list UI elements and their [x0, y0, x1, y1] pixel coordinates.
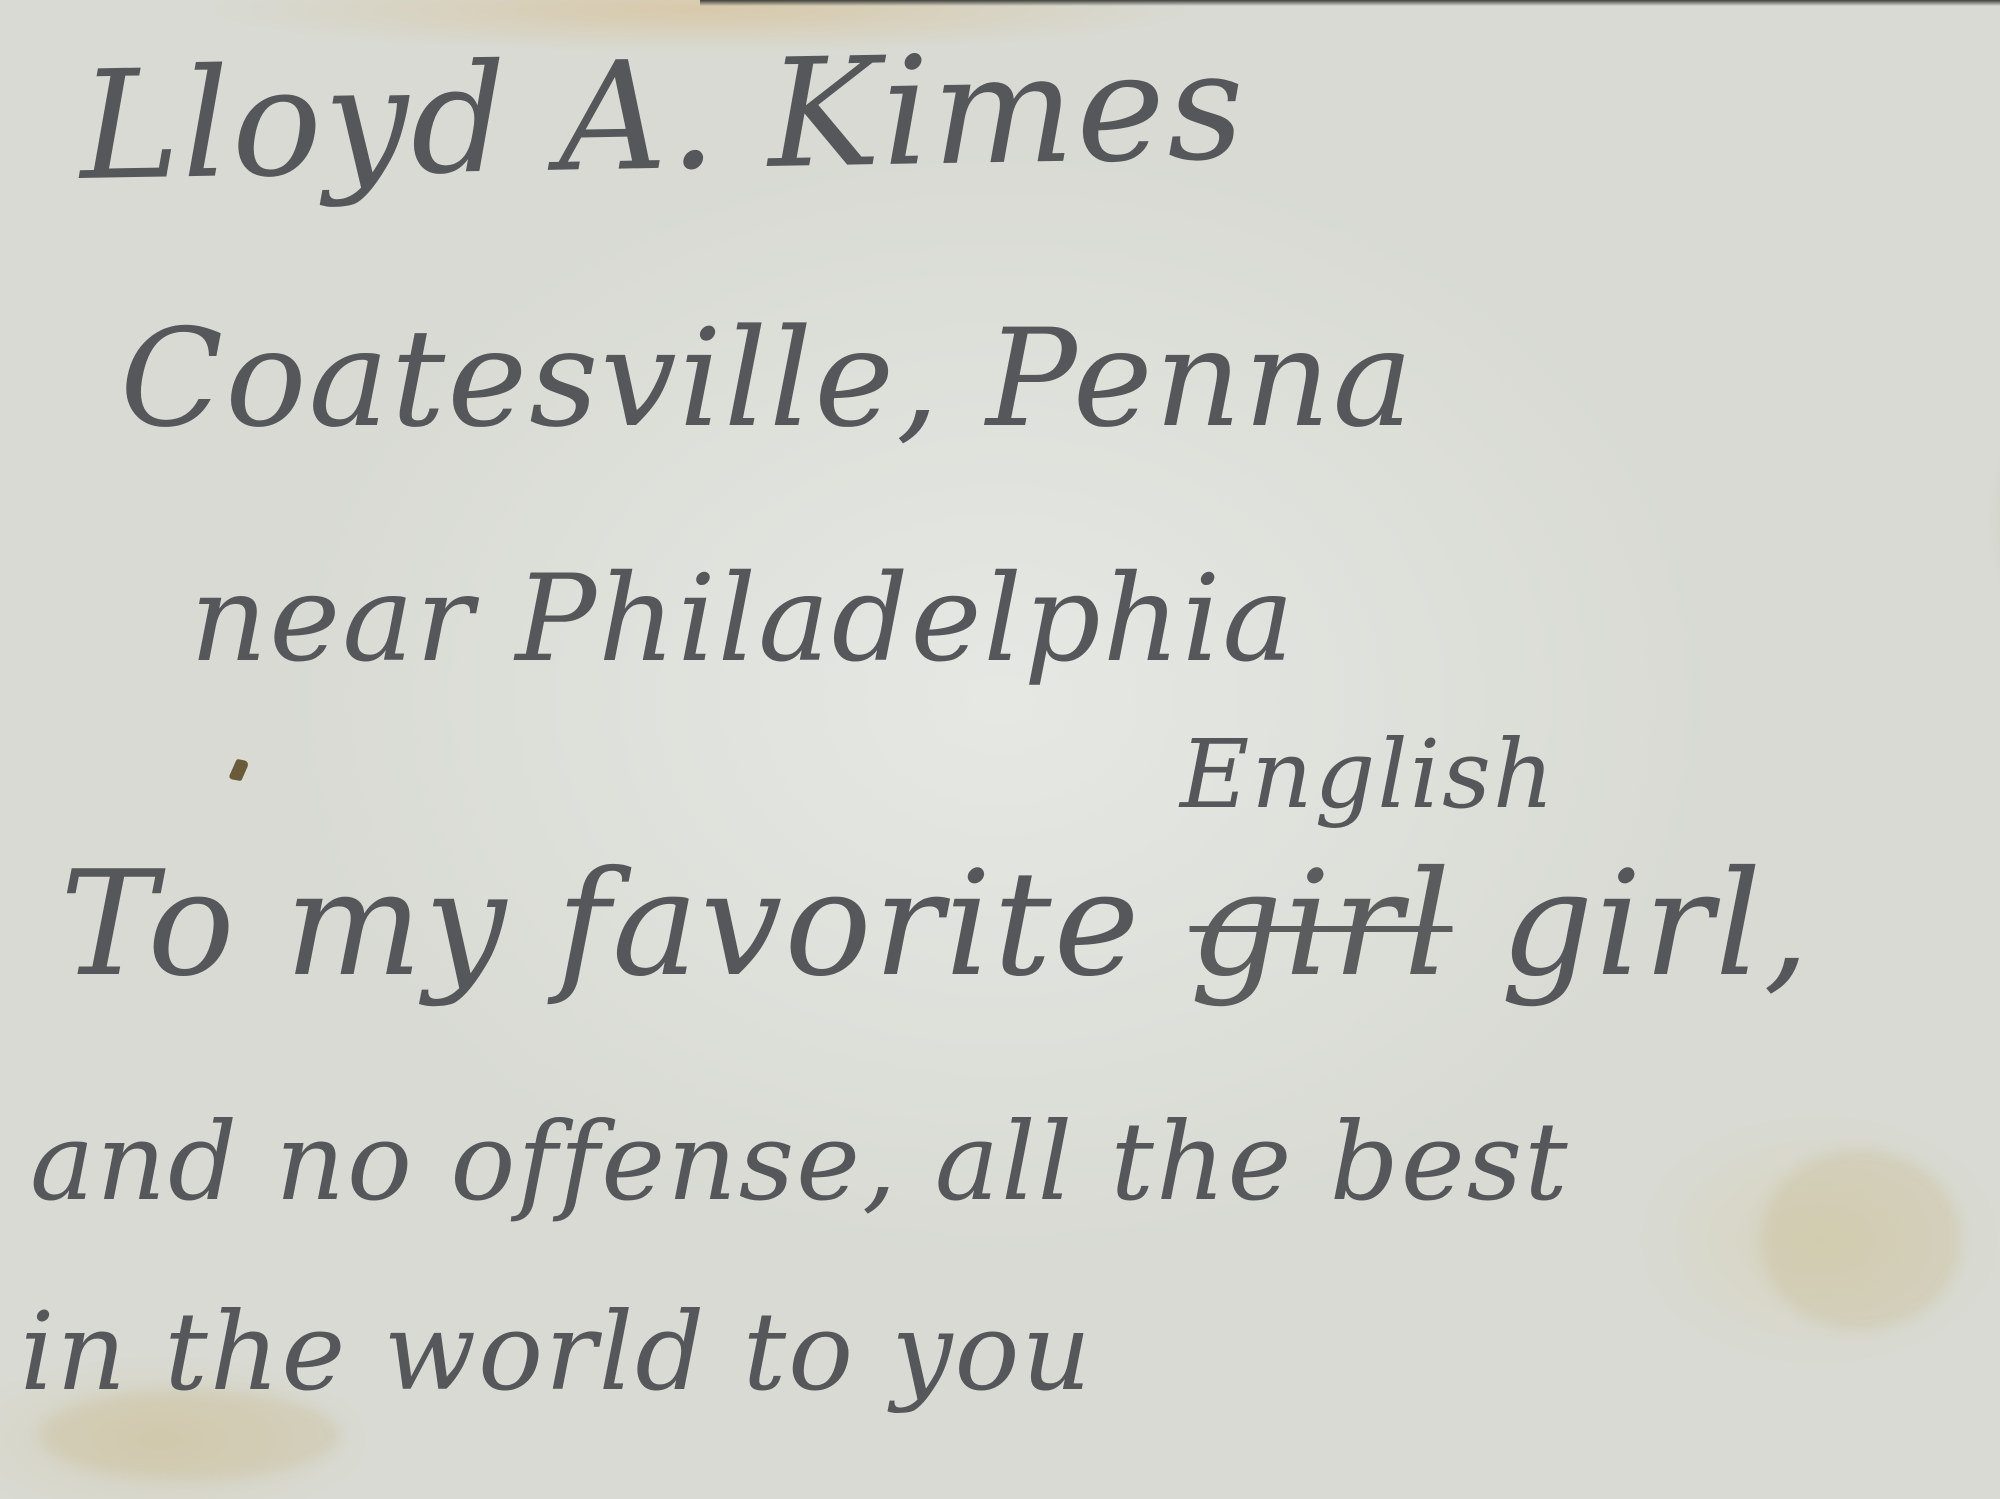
struck-out-word: girl	[1190, 840, 1453, 1009]
paper-sheet: Lloyd A. Kimes Coatesville, Penna near P…	[0, 0, 2000, 1499]
handwritten-greeting: To my favorite girl girl,	[60, 840, 1812, 1009]
handwritten-name: Lloyd A. Kimes	[78, 20, 1247, 214]
handwritten-insertion: English	[1180, 720, 1556, 830]
greeting-end: girl,	[1501, 840, 1812, 1009]
paper-top-edge-shadow	[700, 0, 2000, 6]
greeting-start: To my favorite	[60, 840, 1141, 1009]
handwritten-message-line-2: in the world to you	[20, 1290, 1093, 1415]
paper-speck-mark	[228, 759, 250, 781]
handwritten-city: Coatesville, Penna	[120, 300, 1415, 457]
handwritten-message-line-1: and no offense, all the best	[30, 1100, 1570, 1225]
paper-stain	[1760, 1150, 1960, 1330]
handwritten-region: near Philadelphia	[190, 550, 1296, 689]
